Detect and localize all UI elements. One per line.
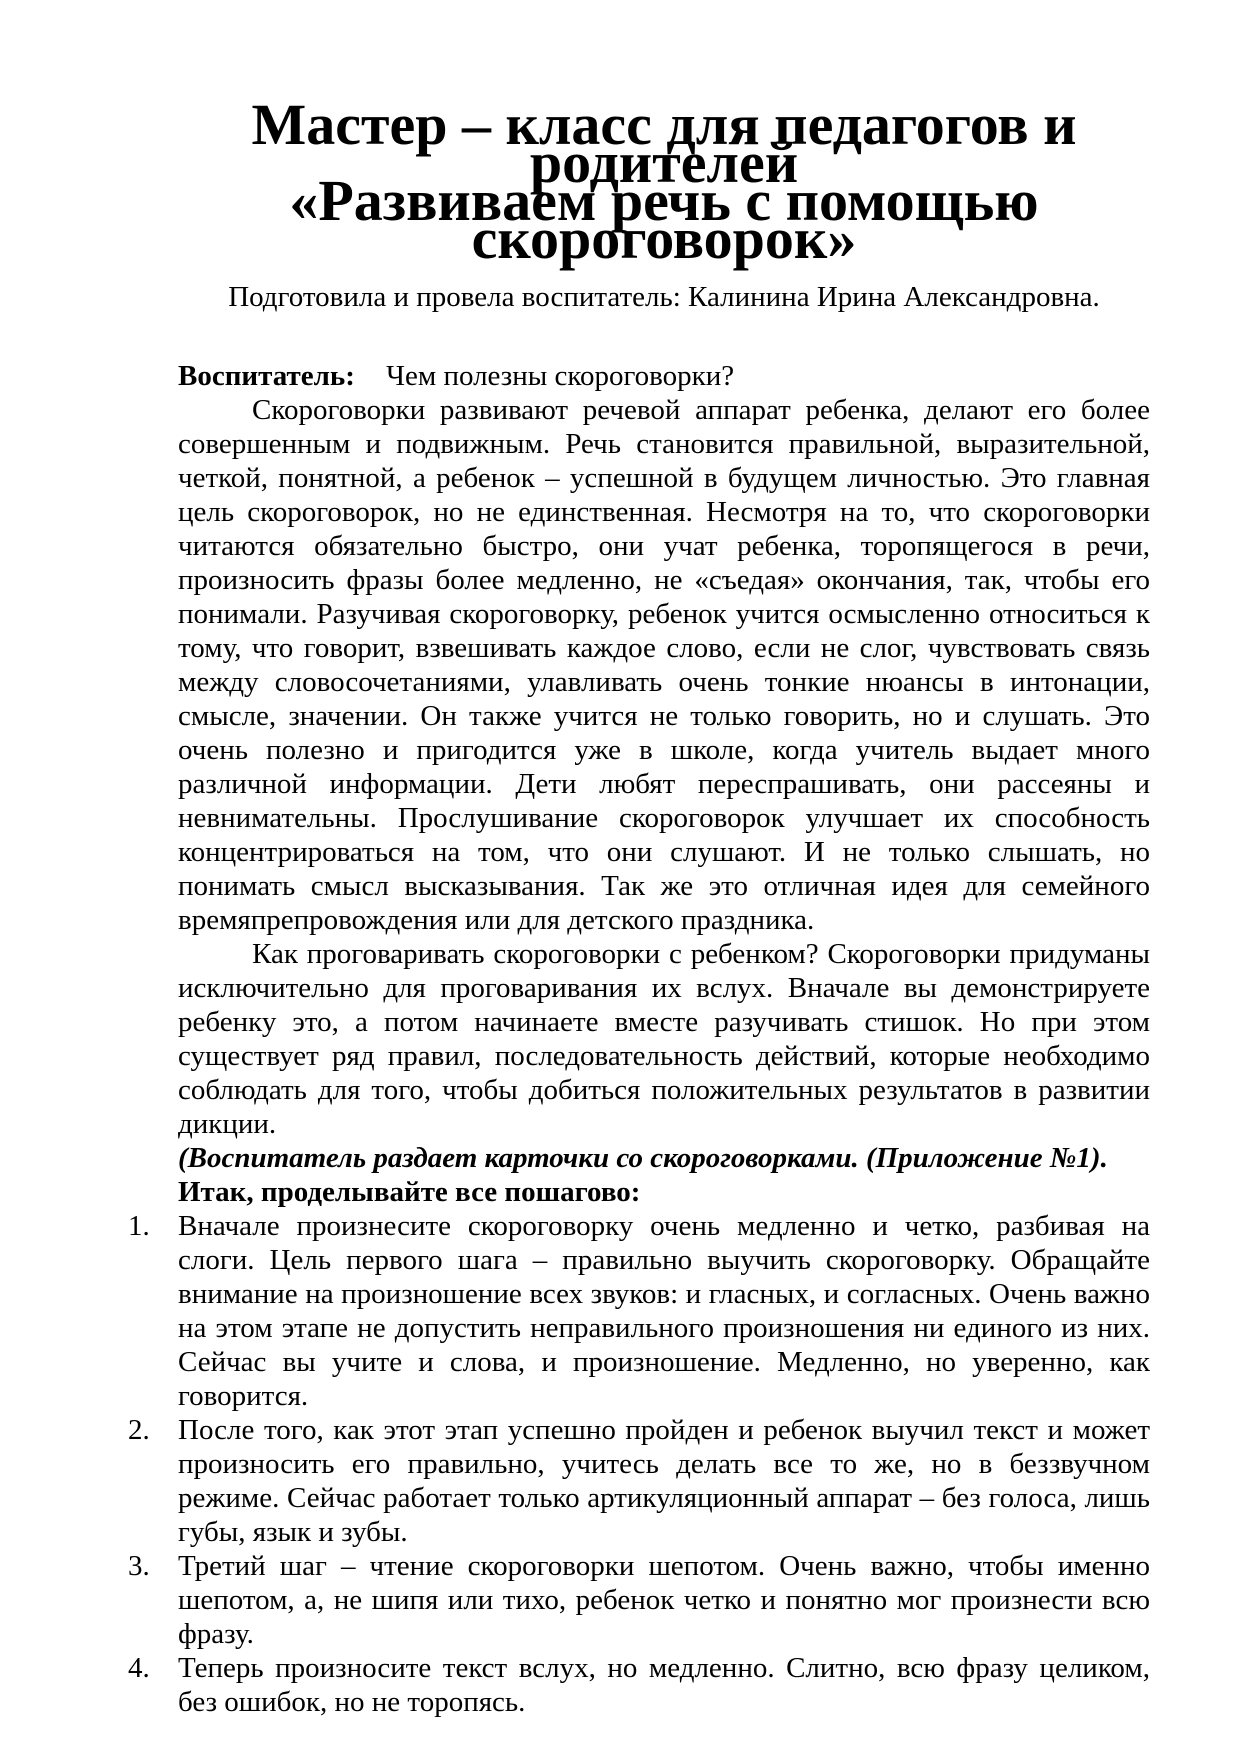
speaker-question: Чем полезны скороговорки?: [386, 360, 734, 392]
list-marker: 4.: [128, 1651, 172, 1685]
paragraph-benefits: Скороговорки развивают речевой аппарат р…: [178, 393, 1150, 937]
list-marker: 3.: [128, 1549, 172, 1583]
steps-list: 1. Вначале произнесите скороговорку очен…: [178, 1209, 1150, 1719]
list-text: После того, как этот этап успешно пройде…: [178, 1414, 1150, 1548]
list-marker: 2.: [128, 1413, 172, 1447]
list-item: 3. Третий шаг – чтение скороговорки шепо…: [178, 1549, 1150, 1651]
document-page: Мастер – класс для педагогов и родителей…: [0, 0, 1240, 1754]
list-text: Вначале произнесите скороговорку очень м…: [178, 1210, 1150, 1412]
steps-heading: Итак, проделывайте все пошагово:: [178, 1175, 1150, 1209]
list-item: 1. Вначале произнесите скороговорку очен…: [178, 1209, 1150, 1413]
paragraph-how-to: Как проговаривать скороговорки с ребенко…: [178, 937, 1150, 1141]
stage-direction: (Воспитатель раздает карточки со скорого…: [178, 1141, 1150, 1175]
list-marker: 1.: [128, 1209, 172, 1243]
title-line-2: «Развиваем речь с помощью скороговорок»: [178, 182, 1150, 258]
list-text: Теперь произносите текст вслух, но медле…: [178, 1652, 1150, 1718]
list-text: Третий шаг – чтение скороговорки шепотом…: [178, 1550, 1150, 1650]
list-item: 4. Теперь произносите текст вслух, но ме…: [178, 1651, 1150, 1719]
list-item: 2. После того, как этот этап успешно про…: [178, 1413, 1150, 1549]
byline: Подготовила и провела воспитатель: Калин…: [178, 280, 1150, 314]
document-title: Мастер – класс для педагогов и родителей…: [178, 106, 1150, 258]
speaker-line: Воспитатель: Чем полезны скороговорки?: [178, 359, 1150, 393]
speaker-label: Воспитатель:: [178, 360, 355, 392]
